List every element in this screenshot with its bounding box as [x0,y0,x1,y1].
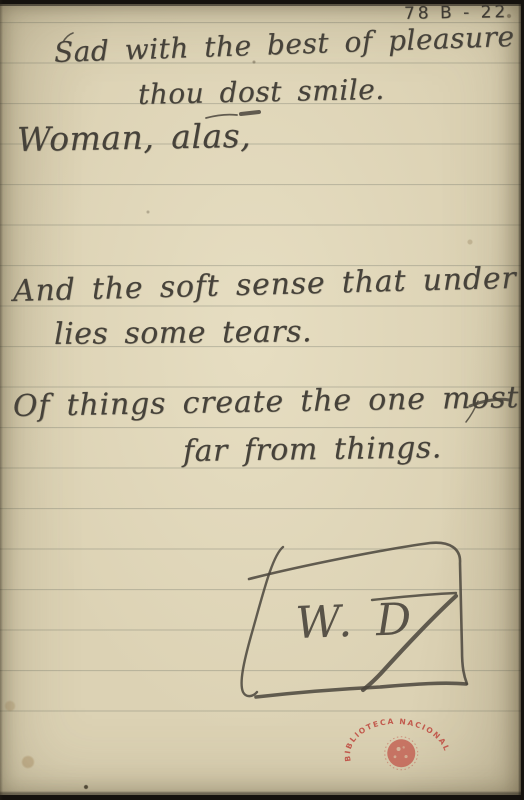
handwritten-line-1: Sad with the best of pleasure [53,20,515,69]
signature-box-left-stroke [242,547,283,696]
signature-box-diagonal-stroke [363,596,456,690]
signature-initials: W. D [295,594,418,649]
handwritten-line-7: far from things. [183,430,442,469]
stamp-emblem [384,736,419,771]
handwritten-line-3: Woman, alas, [17,116,252,159]
signature-box-bottom-stroke [256,683,466,697]
manuscript-page: 78 B - 22 Sad with the best of pleasure … [0,0,524,800]
handwritten-line-6: Of things create the one most [13,380,520,424]
signature-box-mid-stroke [372,593,456,600]
handwritten-line-2: thou dost smile. [138,73,385,111]
handwritten-line-4: And the soft sense that under - [13,260,524,309]
handwritten-line-5: lies some tears. [54,314,312,352]
page-edge-bottom [0,791,524,800]
library-stamp: BIBLIOTECA NACIONAL [342,713,454,773]
signature-box: W. D [242,543,467,697]
stamp-arc-text: BIBLIOTECA NACIONAL [342,713,453,769]
signature-box-top-right-stroke [249,543,467,684]
page-edge-left [0,0,3,800]
